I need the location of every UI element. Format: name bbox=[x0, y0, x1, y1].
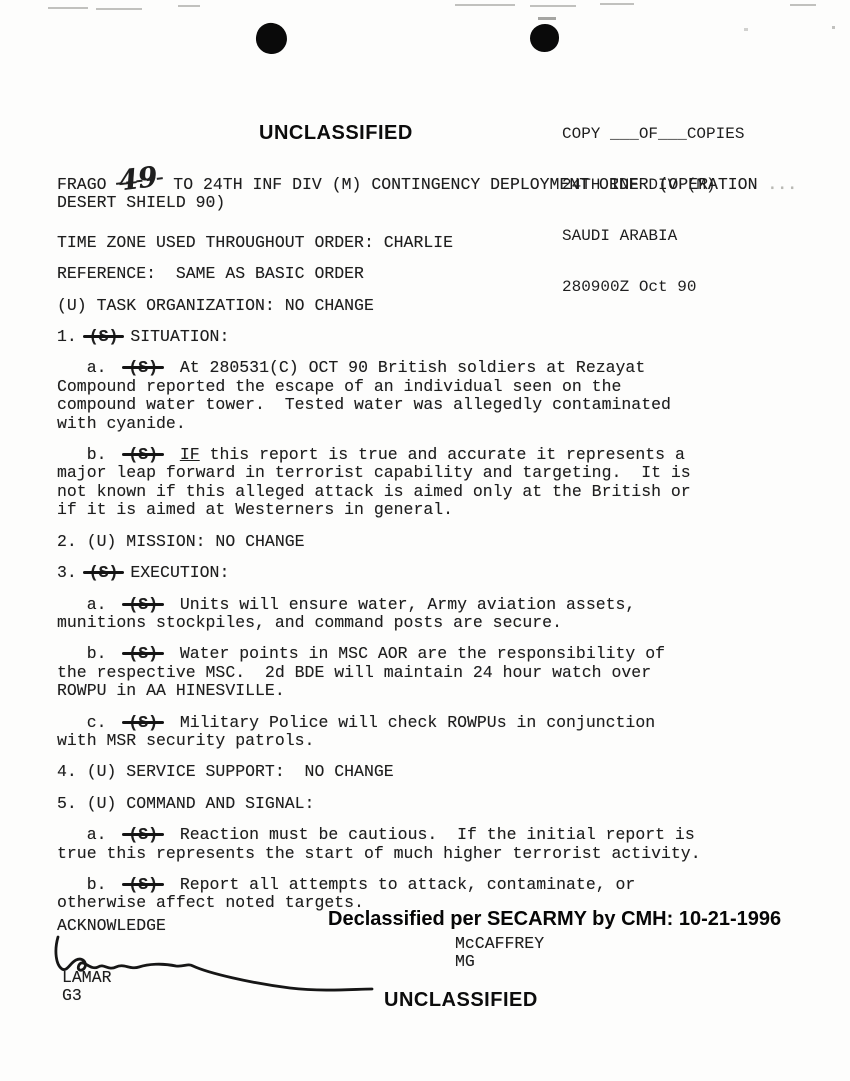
signature-title: G3 bbox=[62, 987, 82, 1005]
scan-artifact bbox=[744, 28, 748, 31]
handwritten-text: 49 bbox=[116, 176, 163, 185]
execution-heading: 3. (S) EXECUTION: bbox=[57, 564, 805, 582]
doc-text: b. bbox=[57, 445, 126, 464]
doc-text: TO 24TH INF DIV (M) CONTINGENCY DEPLOYME… bbox=[163, 175, 757, 194]
struck-text: (S) bbox=[126, 445, 160, 464]
execution-b: b. (S) Water points in MSC AOR are the r… bbox=[57, 645, 805, 700]
signer-name: McCAFFREY bbox=[455, 935, 544, 953]
situation-a: a. (S) At 280531(C) OCT 90 British soldi… bbox=[57, 359, 805, 433]
scan-artifact bbox=[832, 26, 835, 29]
command-signal-a: a. (S) Reaction must be cautious. If the… bbox=[57, 826, 805, 863]
struck-text: (S) bbox=[126, 644, 160, 663]
scan-artifact bbox=[178, 5, 200, 7]
scan-artifact bbox=[48, 7, 88, 9]
situation-heading: 1. (S) SITUATION: bbox=[57, 328, 805, 346]
hole-punch-dot bbox=[530, 24, 559, 52]
situation-b: b. (S) IF this report is true and accura… bbox=[57, 446, 805, 520]
doc-text: 4. (U) SERVICE SUPPORT: NO CHANGE bbox=[57, 762, 394, 781]
struck-text: (S) bbox=[87, 563, 121, 582]
scanned-document-page: UNCLASSIFIED COPY ___OF___COPIES 24TH IN… bbox=[0, 0, 850, 1081]
struck-text: (S) bbox=[126, 875, 160, 894]
faint-text: ... bbox=[758, 175, 798, 194]
scan-artifact bbox=[455, 4, 515, 6]
scan-artifact bbox=[790, 4, 816, 6]
scan-artifact bbox=[96, 8, 142, 10]
struck-text: (S) bbox=[126, 595, 160, 614]
classification-banner-top: UNCLASSIFIED bbox=[259, 122, 413, 145]
doc-text: TIME ZONE USED THROUGHOUT ORDER: CHARLIE bbox=[57, 233, 453, 252]
declassification-stamp: Declassified per SECARMY by CMH: 10-21-1… bbox=[328, 908, 781, 931]
doc-text: REFERENCE: SAME AS BASIC ORDER bbox=[57, 264, 364, 283]
service-support: 4. (U) SERVICE SUPPORT: NO CHANGE bbox=[57, 763, 805, 781]
doc-text: a. bbox=[57, 595, 126, 614]
mission: 2. (U) MISSION: NO CHANGE bbox=[57, 533, 805, 551]
command-signal-heading: 5. (U) COMMAND AND SIGNAL: bbox=[57, 795, 805, 813]
doc-text: EXECUTION: bbox=[120, 563, 229, 582]
scan-artifact bbox=[538, 17, 556, 20]
doc-text: a. bbox=[57, 358, 126, 377]
doc-text: 2. (U) MISSION: NO CHANGE bbox=[57, 532, 305, 551]
doc-text: SITUATION: bbox=[120, 327, 229, 346]
hole-punch-dot bbox=[254, 21, 289, 56]
underline-text: IF bbox=[180, 445, 200, 464]
document-body: FRAGO 49 TO 24TH INF DIV (M) CONTINGENCY… bbox=[57, 176, 805, 913]
task-organization: (U) TASK ORGANIZATION: NO CHANGE bbox=[57, 297, 805, 315]
doc-text: (U) TASK ORGANIZATION: NO CHANGE bbox=[57, 296, 374, 315]
execution-c: c. (S) Military Police will check ROWPUs… bbox=[57, 714, 805, 751]
execution-a: a. (S) Units will ensure water, Army avi… bbox=[57, 596, 805, 633]
doc-text: b. bbox=[57, 644, 126, 663]
signature-name: LAMAR bbox=[62, 969, 112, 987]
struck-text: (S) bbox=[87, 327, 121, 346]
doc-text: b. bbox=[57, 875, 126, 894]
doc-text: 5. (U) COMMAND AND SIGNAL: bbox=[57, 794, 314, 813]
doc-text: FRAGO bbox=[57, 175, 116, 194]
handwritten-signature bbox=[40, 925, 380, 1005]
doc-text: DESERT SHIELD 90) bbox=[57, 193, 225, 212]
scan-artifact bbox=[530, 5, 576, 7]
copy-line: COPY ___OF___COPIES bbox=[562, 126, 744, 143]
scan-artifact bbox=[600, 3, 634, 5]
struck-text: (S) bbox=[126, 713, 160, 732]
struck-text: (S) bbox=[126, 825, 160, 844]
frago-title: FRAGO 49 TO 24TH INF DIV (M) CONTINGENCY… bbox=[57, 176, 805, 213]
signer-rank: MG bbox=[455, 953, 475, 971]
doc-text: c. bbox=[57, 713, 126, 732]
reference: REFERENCE: SAME AS BASIC ORDER bbox=[57, 265, 805, 283]
classification-banner-bottom: UNCLASSIFIED bbox=[384, 989, 538, 1012]
time-zone: TIME ZONE USED THROUGHOUT ORDER: CHARLIE bbox=[57, 234, 805, 252]
doc-text: a. bbox=[57, 825, 126, 844]
struck-text: (S) bbox=[126, 358, 160, 377]
